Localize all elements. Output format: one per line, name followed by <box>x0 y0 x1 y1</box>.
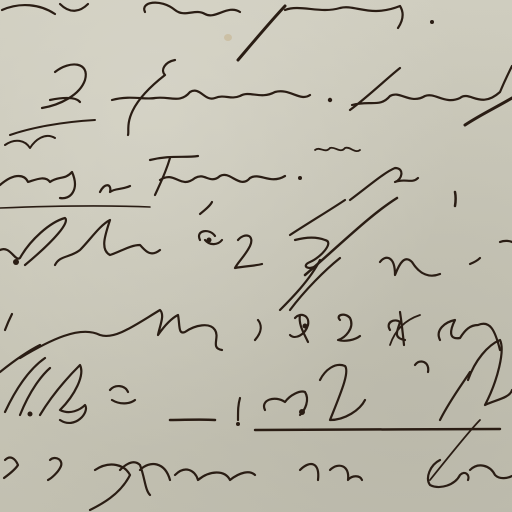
handwriting-line-2 <box>42 60 512 135</box>
handwriting-ink <box>0 0 512 512</box>
handwriting-line-8 <box>4 420 512 510</box>
handwriting-line-1 <box>2 3 434 60</box>
manuscript-page: …nd lausfolsk. ad Sayzotae. Lrnusf vor D… <box>0 0 512 512</box>
handwriting-line-5 <box>0 198 512 310</box>
handwriting-line-3 <box>5 120 95 148</box>
handwriting-line-4 <box>0 148 456 208</box>
handwriting-line-6 <box>5 310 500 358</box>
handwriting-line-7 <box>0 340 512 430</box>
